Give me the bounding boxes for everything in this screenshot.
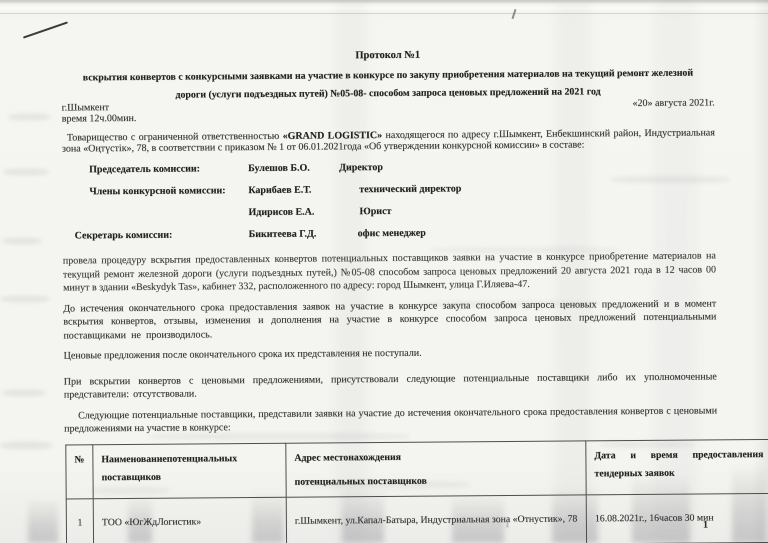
paragraph-suppliers-intro: Следующие потенциальные поставщики, пред… (64, 404, 717, 436)
table-header-row: № Наименованиепотенциальных поставщиков … (66, 439, 768, 499)
commission-member-name: Карибаев Е.Т. (248, 185, 311, 196)
col-header-address: Адрес местонахождения потенциальных пост… (286, 440, 586, 496)
paragraph-no-late-offers: Ценовые предложения после окончательного… (64, 344, 717, 363)
cell-supplier-address: г.Шымкент, ул.Капал-Батыра, Индустриальн… (286, 494, 586, 543)
cell-supplier-name: ТОО «ЮгЖдЛогистик» (93, 497, 286, 543)
page-number-faint: 1 (505, 519, 510, 529)
col-header-address-line1: Адрес местонахождения (294, 451, 401, 463)
paragraph-no-withdrawals: До истечения окончательного срока предос… (63, 297, 716, 343)
paragraph-procedure: провела процедуру вскрытия предоставленн… (63, 249, 716, 295)
table-row: 1 ТОО «ЮгЖдЛогистик» г.Шымкент, ул.Капал… (66, 493, 768, 543)
scanned-document-page: Протокол №1 вскрытия конвертов с конкурс… (0, 0, 768, 543)
commission-list: Председатель комиссии: Булешов Б.О. Дире… (62, 159, 716, 252)
commission-role: Секретарь комиссии: (75, 230, 173, 242)
page-number: 1 (703, 519, 708, 530)
document-subtitle-line1: вскрытия конвертов с конкурсными заявкам… (61, 66, 714, 84)
col-header-address-line2: потенциальных поставщиков (295, 471, 578, 491)
document-content: Протокол №1 вскрытия конвертов с конкурс… (0, 0, 768, 543)
col-header-number: № (66, 444, 93, 498)
suppliers-table: № Наименованиепотенциальных поставщиков … (65, 438, 768, 543)
commission-member-position: Директор (339, 162, 383, 173)
commission-role: Члены конкурсной комиссии: (89, 185, 225, 197)
document-date: «20» августа 2021г. (632, 97, 714, 109)
commission-row-secretary: Секретарь комиссии: Бикитеева Г.Д. офис … (63, 225, 716, 252)
cell-row-number: 1 (66, 498, 93, 543)
commission-member-name: Булешов Б.О. (248, 163, 310, 174)
cell-submission-datetime: 16.08.2021г., 16часов 30 мин (586, 493, 768, 543)
col-header-datetime: Дата и время предоставления тендерных за… (586, 439, 768, 494)
commission-member-position: Юрист (359, 206, 391, 217)
paragraph-attendees: При вскрытии конвертов с ценовыми предло… (64, 370, 717, 402)
col-header-supplier-name: Наименованиепотенциальных поставщиков (93, 443, 286, 499)
commission-member-name: Бикитеева Г.Д. (249, 229, 317, 241)
company-name: «GRAND LOGISTIC» (283, 130, 383, 142)
city-label: г.Шымкент (62, 102, 109, 113)
commission-member-name: Идирисов Е.А. (248, 207, 314, 219)
commission-role: Председатель комиссии: (89, 163, 200, 175)
commission-member-position: офис менеджер (358, 228, 426, 240)
document-title: Протокол №1 (61, 46, 714, 64)
intro-paragraph: Товарищество с ограниченной ответственно… (62, 127, 715, 154)
commission-member-position: технический директор (359, 183, 461, 195)
